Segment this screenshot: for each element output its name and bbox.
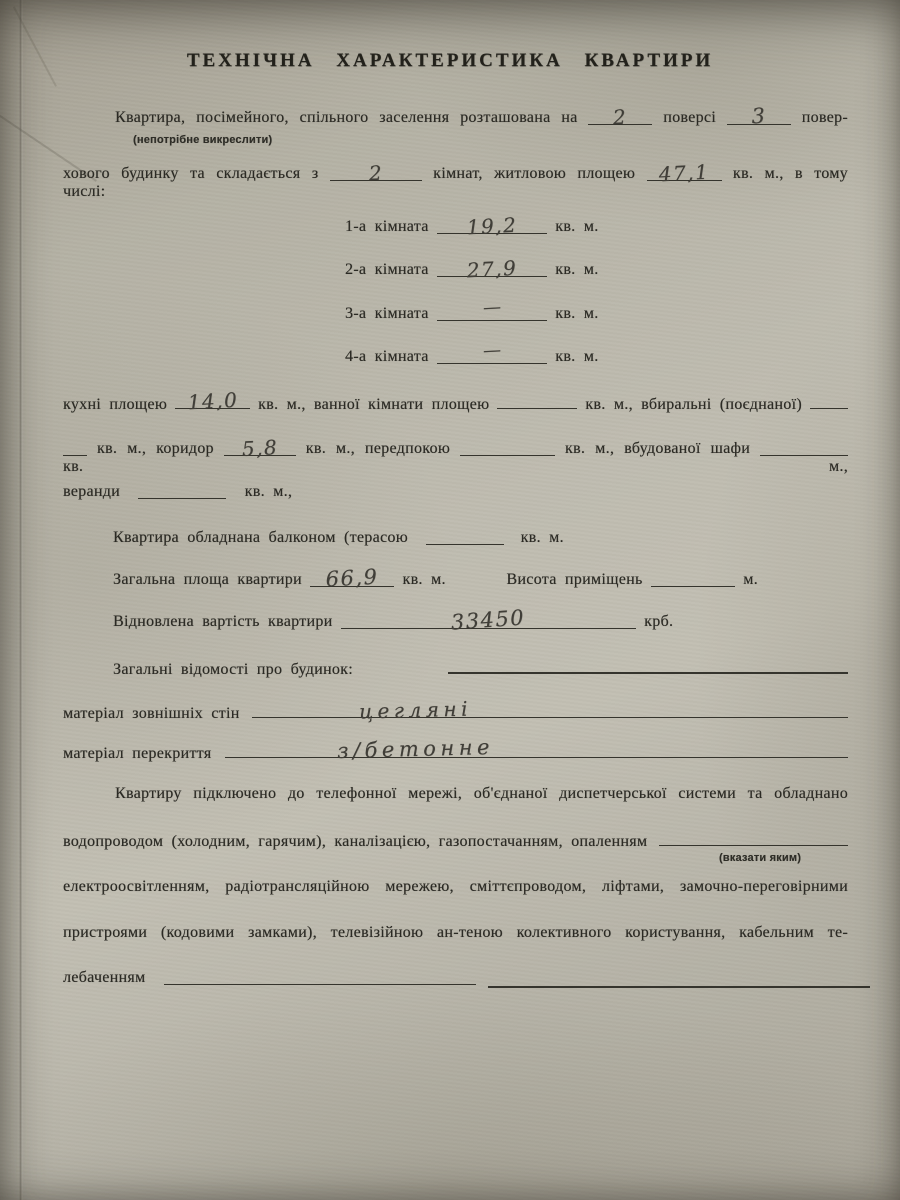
room-2-area-value: 27,9 <box>466 258 518 281</box>
cable-tv-field-1 <box>164 968 476 985</box>
corridor-line: кв. м., коридор 5,8 кв. м., передпокою к… <box>63 439 848 461</box>
bath-area-field <box>497 392 577 409</box>
room-2-label: 2-а кімната <box>345 261 429 278</box>
rooms-count-value: 2 <box>368 163 383 184</box>
cost-field: 33450 <box>341 612 636 629</box>
room-4-label: 4-а кімната <box>345 348 429 365</box>
cable-tv-field-2 <box>488 970 870 988</box>
room-4-area-field: — <box>437 347 547 364</box>
height-field <box>651 570 735 587</box>
kitchen-line: кухні площею 14,0 кв. м., ванної кімнати… <box>63 392 848 414</box>
wc-label: кв. м., вбиральні (поєднаної) <box>585 396 802 414</box>
room-row-4: 4-а кімната — кв. м. <box>345 347 599 369</box>
intro-line1-pre: Квартира, посімейного, спільного заселен… <box>115 109 578 126</box>
cost-unit: крб. <box>644 613 673 630</box>
total-area-value: 66,9 <box>325 567 379 591</box>
scanned-form-page: ТЕХНІЧНА ХАРАКТЕРИСТИКА КВАРТИРИ Квартир… <box>0 0 900 1200</box>
room-row-2: 2-а кімната 27,9 кв. м. <box>345 260 599 282</box>
specify-which-note: (вказати яким) <box>690 852 830 864</box>
storeys-value: 3 <box>751 106 767 128</box>
intro-line2-mid: кімнат, житловою площею <box>433 165 635 182</box>
total-area-label: Загальна площа квартири <box>113 571 302 588</box>
room-2-unit: кв. м. <box>555 261 598 278</box>
intro-line1-end: повер- <box>802 109 848 126</box>
room-4-unit: кв. м. <box>555 348 598 365</box>
total-area-unit: кв. м. <box>403 571 446 588</box>
overlap-material-line: матеріал перекриття з/бетонне <box>63 741 848 763</box>
veranda-area-field <box>138 482 226 499</box>
total-area-field: 66,9 <box>310 570 394 587</box>
utilities-line-5: лебаченням <box>63 967 870 989</box>
veranda-label: веранди <box>63 483 120 500</box>
wardrobe-label: кв. м., вбудованої шафи <box>565 440 750 457</box>
paper-crease-vertical <box>19 0 23 1200</box>
intro-line1-mid: поверсі <box>663 109 716 126</box>
building-info-line: Загальні відомості про будинок: <box>113 656 848 678</box>
floor-number-value: 2 <box>613 107 628 128</box>
height-unit: м. <box>743 571 758 588</box>
carryover-field <box>63 439 87 456</box>
kitchen-area-value: 14,0 <box>187 390 239 413</box>
utilities-p5: лебаченням <box>63 969 145 986</box>
corridor-line-end: кв. м., <box>63 458 848 475</box>
wardrobe-area-field <box>760 439 848 456</box>
utilities-p4: пристроями (кодовими замками), телевізій… <box>63 924 848 941</box>
wc-area-field <box>810 392 848 409</box>
room-4-area-value: — <box>482 342 501 361</box>
utilities-line-4: пристроями (кодовими замками), телевізій… <box>63 924 848 946</box>
storeys-field: 3 <box>727 108 791 125</box>
corridor-area-field: 5,8 <box>224 439 296 456</box>
room-3-area-value: — <box>482 299 501 318</box>
walls-material-field: цегляні <box>252 701 848 718</box>
form-title: ТЕХНІЧНА ХАРАКТЕРИСТИКА КВАРТИРИ <box>0 50 900 72</box>
kitchen-label: кухні площею <box>63 396 167 414</box>
kitchen-area-field: 14,0 <box>175 392 250 409</box>
utilities-p3: електроосвітленням, радіотрансляційною м… <box>63 878 848 895</box>
height-label: Висота приміщень <box>506 571 642 588</box>
bath-label: кв. м., ванної кімнати площею <box>258 396 489 414</box>
living-area-field: 47,1 <box>647 164 722 181</box>
cost-value: 33450 <box>451 607 527 633</box>
balcony-label: Квартира обладнана балконом (терасою <box>113 529 408 546</box>
building-info-label: Загальні відомості про будинок: <box>113 661 353 679</box>
intro-line-1: Квартира, посімейного, спільного заселен… <box>115 108 848 130</box>
walls-material-label: матеріал зовнішніх стін <box>63 705 240 723</box>
balcony-area-field <box>426 528 504 545</box>
cost-line: Відновлена вартість квартири 33450 крб. <box>113 612 673 634</box>
balcony-line: Квартира обладнана балконом (терасою кв.… <box>113 528 564 550</box>
floor-number-field: 2 <box>588 108 652 125</box>
living-area-value: 47,1 <box>658 162 710 185</box>
building-info-field <box>448 656 848 674</box>
room-1-area-value: 19,2 <box>466 215 518 238</box>
veranda-line: веранди кв. м., <box>63 482 292 504</box>
walls-material-value: цегляні <box>359 699 472 722</box>
utilities-p2: водопроводом (холодним, гарячим), каналі… <box>63 833 647 851</box>
intro-line-2: хового будинку та складається з 2 кімнат… <box>63 164 848 186</box>
strike-out-note: (непотрібне викреслити) <box>133 134 272 146</box>
room-3-area-field: — <box>437 304 547 321</box>
overlap-material-label: матеріал перекриття <box>63 745 211 763</box>
corridor-unit1: кв. м., коридор <box>97 440 214 457</box>
veranda-unit: кв. м., <box>245 483 293 500</box>
utilities-line-2: водопроводом (холодним, гарячим), каналі… <box>63 829 848 851</box>
overlap-material-field: з/бетонне <box>225 741 848 758</box>
room-1-label: 1-а кімната <box>345 218 429 235</box>
room-row-3: 3-а кімната — кв. м. <box>345 304 599 326</box>
total-area-line: Загальна площа квартири 66,9 кв. м. Висо… <box>113 570 758 592</box>
utilities-line-1: Квартиру підключено до телефонної мережі… <box>115 785 848 807</box>
paper-crease-corner <box>13 6 57 86</box>
intro-line2-pre: хового будинку та складається з <box>63 165 318 182</box>
room-row-1: 1-а кімната 19,2 кв. м. <box>345 217 599 239</box>
overlap-material-value: з/бетонне <box>337 737 494 762</box>
balcony-unit: кв. м. <box>521 529 564 546</box>
hall-label: кв. м., передпокою <box>306 440 450 457</box>
corridor-area-value: 5,8 <box>241 437 278 459</box>
hall-area-field <box>460 439 555 456</box>
rooms-count-field: 2 <box>330 164 422 181</box>
utilities-p1: Квартиру підключено до телефонної мережі… <box>115 785 848 802</box>
room-3-label: 3-а кімната <box>345 305 429 322</box>
room-2-area-field: 27,9 <box>437 260 547 277</box>
heating-type-field <box>659 829 848 846</box>
room-3-unit: кв. м. <box>555 305 598 322</box>
walls-material-line: матеріал зовнішніх стін цегляні <box>63 701 848 723</box>
cost-label: Відновлена вартість квартири <box>113 613 333 630</box>
room-1-unit: кв. м. <box>555 218 598 235</box>
utilities-line-3: електроосвітленням, радіотрансляційною м… <box>63 878 848 900</box>
room-1-area-field: 19,2 <box>437 217 547 234</box>
